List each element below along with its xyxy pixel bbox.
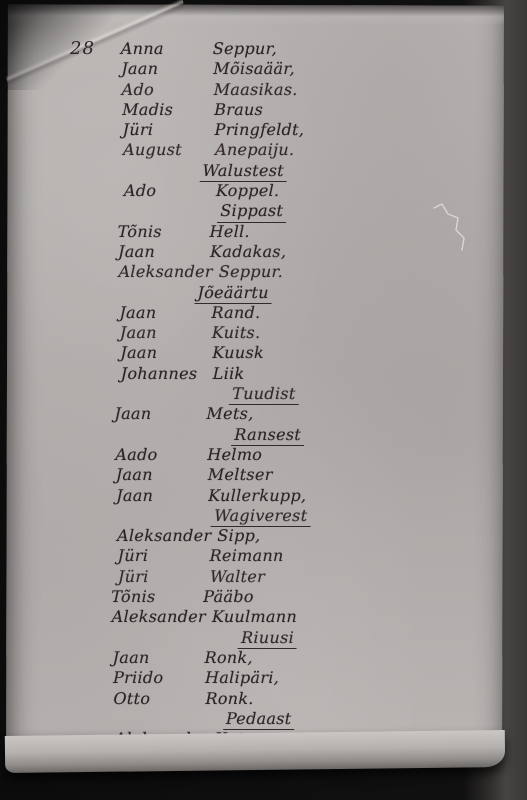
- surname: Kuits.: [212, 323, 261, 342]
- name-line: PriidoHalipäri,: [113, 668, 473, 688]
- first-name: Tõnis: [117, 222, 209, 242]
- name-line: AdoKoppel.: [124, 181, 482, 201]
- name-line: JaanMeltser: [116, 465, 477, 485]
- first-name: Aado: [115, 445, 207, 465]
- name-line: TõnisPääbo: [111, 587, 475, 607]
- first-name: Jaan: [121, 59, 213, 79]
- place-heading-text: Tuudist: [229, 384, 299, 405]
- name-line: JaanKullerkupp,: [116, 486, 476, 506]
- surname: Maasikas.: [214, 80, 298, 99]
- place-heading: Pedaast: [223, 709, 473, 729]
- first-name: Jaan: [114, 404, 206, 424]
- surname: Ronk,: [204, 648, 253, 667]
- surname: Ronk.: [205, 689, 254, 708]
- place-heading: Tuudist: [229, 384, 478, 404]
- first-name: Jaan: [119, 303, 211, 323]
- page-number: 28: [70, 38, 95, 59]
- name-line: AdoMaasikas.: [122, 80, 484, 100]
- surname: Seppur.: [219, 262, 284, 281]
- first-name: Jaan: [116, 486, 208, 506]
- first-name: Jaan: [112, 648, 204, 668]
- first-name: Aleksander: [112, 607, 213, 627]
- surname: Kuusk: [212, 343, 264, 362]
- first-name: Ado: [124, 181, 216, 201]
- surname: Braus: [214, 100, 263, 119]
- surname: Anepaiju.: [215, 140, 295, 159]
- surname: Reimann: [209, 546, 283, 565]
- surname: Kuulmann: [212, 607, 297, 626]
- name-line: JohannesLiik: [121, 364, 479, 384]
- name-line: JaanKuusk: [120, 343, 479, 363]
- first-name: Jüri: [118, 567, 210, 587]
- first-name: Ado: [122, 80, 214, 100]
- place-heading-text: Riuusi: [238, 628, 297, 649]
- first-name: Aleksander: [118, 262, 219, 282]
- name-line: JaanKadakas,: [118, 242, 481, 262]
- place-heading-text: Walustest: [199, 161, 287, 182]
- name-line: MadisBraus: [122, 100, 483, 120]
- first-name: Jaan: [120, 323, 212, 343]
- first-name: Jüri: [117, 546, 209, 566]
- surname: Rand.: [211, 303, 260, 322]
- name-line: JaanMets,: [114, 404, 478, 424]
- place-heading: Sippast: [217, 201, 481, 221]
- surname: Pringfeldt,: [214, 120, 304, 139]
- paper-bottom-curl: [5, 730, 505, 773]
- first-name: August: [123, 140, 215, 160]
- photograph-of-document: 28 AnnaSeppur,JaanMõisaäär,AdoMaasikas.M…: [0, 0, 527, 800]
- name-line: JüriWalter: [118, 567, 475, 587]
- surname: Helmo: [207, 445, 262, 464]
- name-line: AadoHelmo: [115, 445, 477, 465]
- name-line: JaanKuits.: [120, 323, 480, 343]
- surname: Hell.: [209, 222, 250, 241]
- name-line: TõnisHell.: [117, 222, 481, 242]
- place-heading-text: Pedaast: [223, 709, 295, 730]
- name-line: AleksanderSeppur.: [118, 262, 480, 282]
- place-heading: Ransest: [231, 425, 477, 445]
- name-line: AleksanderKuulmann: [112, 607, 475, 627]
- first-name: Priido: [113, 668, 205, 688]
- name-line: JüriPringfeldt,: [122, 120, 482, 140]
- handwritten-name-list: AnnaSeppur,JaanMõisaäär,AdoMaasikas.Madi…: [112, 39, 484, 749]
- first-name: Aleksander: [117, 526, 218, 546]
- first-name: Otto: [113, 689, 205, 709]
- name-line: JaanRand.: [119, 303, 479, 323]
- surname: Kadakas,: [210, 242, 287, 261]
- place-heading: Walustest: [199, 161, 482, 181]
- name-line: OttoRonk.: [113, 689, 473, 709]
- surname: Walter: [210, 567, 265, 586]
- place-heading-text: Wagiverest: [211, 506, 311, 527]
- surname: Halipäri,: [205, 668, 279, 687]
- place-heading-text: Jõeäärtu: [194, 283, 272, 304]
- surname: Sipp,: [217, 526, 260, 545]
- name-line: JaanMõisaäär,: [121, 59, 484, 79]
- name-line: AnnaSeppur,: [121, 39, 485, 59]
- name-line: JüriReimann: [117, 546, 475, 566]
- first-name: Anna: [121, 39, 213, 59]
- first-name: Jaan: [120, 343, 212, 363]
- paper-top-fold: [8, 4, 504, 25]
- first-name: Jüri: [122, 120, 214, 140]
- surname: Koppel.: [216, 181, 280, 200]
- first-name: Jaan: [116, 465, 208, 485]
- first-name: Madis: [122, 100, 214, 120]
- surname: Mets,: [206, 404, 253, 423]
- first-name: Jaan: [118, 242, 210, 262]
- place-heading: Jõeäärtu: [194, 283, 480, 303]
- surname: Pääbo: [203, 587, 254, 606]
- name-line: AleksanderSipp,: [117, 526, 476, 546]
- surname: Meltser: [208, 465, 273, 484]
- place-heading: Riuusi: [238, 628, 474, 648]
- name-line: AugustAnepaiju.: [123, 140, 483, 160]
- place-heading-text: Ransest: [231, 425, 304, 446]
- place-heading: Wagiverest: [211, 506, 476, 526]
- surname: Liik: [213, 364, 245, 383]
- surname: Seppur,: [213, 39, 278, 58]
- name-line: JaanRonk,: [112, 648, 473, 668]
- place-heading-text: Sippast: [217, 201, 286, 222]
- surname: Kullerkupp,: [208, 486, 306, 505]
- first-name: Tõnis: [111, 587, 203, 607]
- first-name: Johannes: [121, 364, 213, 384]
- surname: Mõisaäär,: [213, 59, 295, 78]
